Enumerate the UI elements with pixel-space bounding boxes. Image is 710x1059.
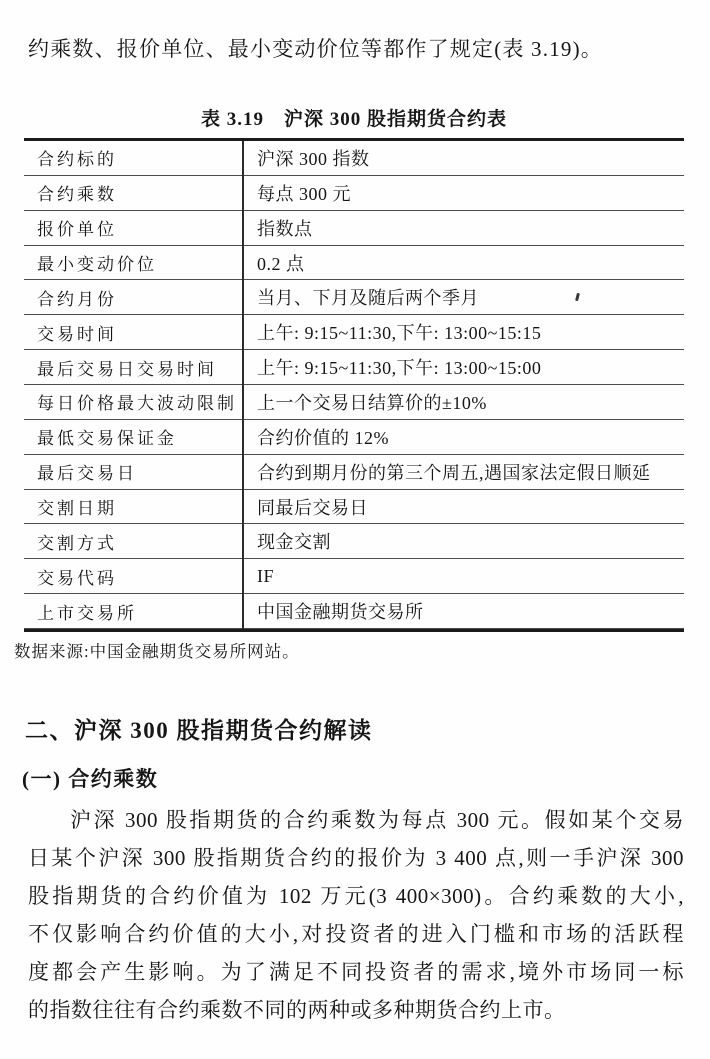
row-label: 交易时间: [24, 320, 242, 345]
table-row: 上市交易所 中国金融期货交易所: [24, 594, 684, 629]
row-label: 交割方式: [24, 529, 242, 554]
row-value: 每点 300 元: [242, 180, 684, 206]
row-label: 上市交易所: [24, 599, 242, 624]
paragraph-line: 度都会产生影响。为了满足不同投资者的需求,境外市场同一标: [28, 953, 684, 991]
row-label: 合约月份: [24, 285, 242, 310]
table-row: 最小变动价位 0.2 点: [24, 246, 684, 281]
row-value: 同最后交易日: [242, 494, 684, 520]
paragraph-line: 股指期货的合约价值为 102 万元(3 400×300)。合约乘数的大小,: [28, 877, 684, 915]
table-row: 最后交易日交易时间 上午: 9:15~11:30,下午: 13:00~15:00: [24, 350, 684, 385]
table-row: 合约标的 沪深 300 指数: [24, 141, 684, 176]
row-value: 现金交割: [242, 528, 684, 554]
paragraph-line: 不仅影响合约价值的大小,对投资者的进入门槛和市场的活跃程: [28, 915, 684, 953]
document-page: 约乘数、报价单位、最小变动价位等都作了规定(表 3.19)。 表 3.19 沪深…: [0, 0, 710, 1059]
table-row: 报价单位 指数点: [24, 211, 684, 246]
row-value: 合约到期月份的第三个周五,遇国家法定假日顺延: [242, 459, 684, 485]
futures-contract-table: 合约标的 沪深 300 指数 合约乘数 每点 300 元 报价单位 指数点 最小…: [24, 138, 684, 632]
paragraph-line: 的指数往往有合约乘数不同的两种或多种期货合约上市。: [28, 991, 684, 1029]
row-label: 交易代码: [24, 564, 242, 589]
subsection-heading: (一) 合约乘数: [22, 763, 682, 793]
table-row: 每日价格最大波动限制 上一个交易日结算价的±10%: [24, 385, 684, 420]
table-row: 交易代码 IF: [24, 559, 684, 594]
row-label: 最后交易日: [24, 459, 242, 484]
row-label: 最后交易日交易时间: [24, 355, 242, 380]
section-heading: 二、沪深 300 股指期货合约解读: [25, 712, 685, 745]
table-row: 交割日期 同最后交易日: [24, 490, 684, 525]
table-row: 合约月份 当月、下月及随后两个季月: [24, 280, 684, 315]
row-label: 最低交易保证金: [24, 424, 242, 449]
table-row: 交易时间 上午: 9:15~11:30,下午: 13:00~15:15: [24, 315, 684, 350]
paragraph-line: 日某个沪深 300 股指期货合约的报价为 3 400 点,则一手沪深 300: [28, 839, 684, 877]
row-value: 0.2 点: [242, 250, 684, 276]
row-label: 合约标的: [24, 145, 242, 170]
table-row: 交割方式 现金交割: [24, 524, 684, 559]
row-value: 沪深 300 指数: [242, 145, 684, 171]
row-value: IF: [242, 566, 684, 587]
paragraph-line: 沪深 300 股指期货的合约乘数为每点 300 元。假如某个交易: [28, 801, 684, 839]
source-note: 数据来源:中国金融期货交易所网站。: [14, 638, 684, 662]
row-value: 合约价值的 12%: [242, 424, 684, 450]
row-label: 交割日期: [24, 494, 242, 519]
row-label: 最小变动价位: [24, 250, 242, 275]
table-caption: 表 3.19 沪深 300 股指期货合约表: [24, 104, 684, 131]
row-label: 报价单位: [24, 215, 242, 240]
row-value: 指数点: [242, 215, 684, 241]
row-label: 每日价格最大波动限制: [24, 389, 242, 414]
row-value: 上一个交易日结算价的±10%: [242, 389, 684, 415]
intro-text: 约乘数、报价单位、最小变动价位等都作了规定(表 3.19)。: [28, 33, 688, 63]
table-row: 合约乘数 每点 300 元: [24, 176, 684, 211]
table-row: 最后交易日 合约到期月份的第三个周五,遇国家法定假日顺延: [24, 455, 684, 490]
row-value: 当月、下月及随后两个季月: [242, 284, 684, 310]
row-value: 中国金融期货交易所: [242, 598, 684, 624]
body-paragraph: 沪深 300 股指期货的合约乘数为每点 300 元。假如某个交易 日某个沪深 3…: [28, 801, 684, 1029]
row-value: 上午: 9:15~11:30,下午: 13:00~15:15: [242, 319, 684, 345]
table-row: 最低交易保证金 合约价值的 12%: [24, 420, 684, 455]
row-value: 上午: 9:15~11:30,下午: 13:00~15:00: [242, 354, 684, 380]
row-label: 合约乘数: [24, 180, 242, 205]
column-divider: [242, 141, 244, 629]
